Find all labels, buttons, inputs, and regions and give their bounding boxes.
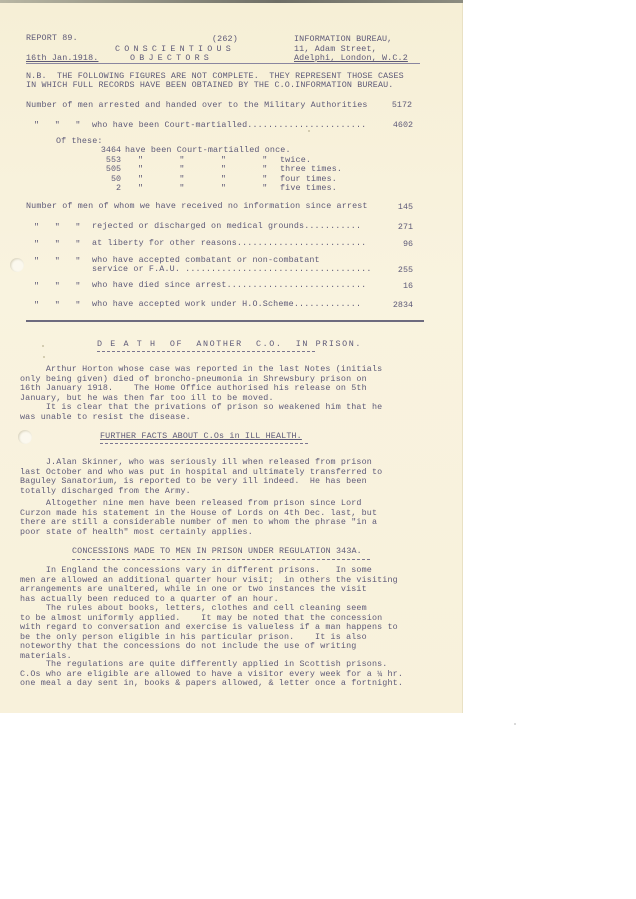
paragraph: It is clear that the privations of priso… — [20, 403, 382, 422]
stat-ditto: " " " — [34, 281, 81, 291]
stat-label: who have died since arrest..............… — [92, 281, 366, 290]
breakdown-text: three times. — [280, 164, 342, 174]
breakdown-ditto: " " " " — [138, 183, 267, 193]
scan-speck — [514, 723, 516, 725]
breakdown-count: 505 — [85, 164, 121, 174]
stat-label: Number of men of whom we have received n… — [26, 202, 368, 211]
report-number: REPORT 89. — [26, 33, 78, 43]
heading-dashes — [72, 559, 370, 561]
paragraph: Altogether nine men have been released f… — [20, 499, 377, 537]
punch-hole — [10, 258, 24, 272]
stat-label: who have accepted combatant or non-comba… — [92, 256, 372, 274]
breakdown-count: 50 — [85, 174, 121, 184]
paper-speck — [42, 345, 44, 347]
breakdown-text: four times. — [280, 174, 337, 184]
breakdown-count: 3464 — [85, 145, 121, 155]
stat-value: 2834 — [373, 300, 413, 310]
stat-court-martialled-label: who have been Court-martialled..........… — [92, 120, 366, 130]
breakdown-count: 2 — [85, 183, 121, 193]
stat-value: 255 — [373, 265, 413, 275]
heading-dashes — [97, 351, 315, 353]
paper-speck — [308, 130, 310, 132]
section-heading-concessions: CONCESSIONS MADE TO MEN IN PRISON UNDER … — [72, 546, 362, 556]
stat-label: who have accepted work under H.O.Scheme.… — [92, 300, 361, 309]
section-heading-death: D E A T H OF ANOTHER C.O. IN PRISON. — [97, 339, 362, 349]
stat-ditto: " " " — [34, 300, 81, 310]
stat-value: 145 — [373, 202, 413, 212]
note-line-2: IN WHICH FULL RECORDS HAVE BEEN OBTAINED… — [26, 80, 393, 90]
stat-value: 16 — [373, 281, 413, 291]
stat-ditto: " " " — [34, 256, 81, 266]
report-date: 16th Jan.1918. — [26, 53, 98, 63]
punch-hole — [18, 430, 32, 444]
address-line-1: INFORMATION BUREAU, — [294, 34, 392, 44]
stat-value: 96 — [373, 239, 413, 249]
breakdown-text: five times. — [280, 183, 337, 193]
stat-arrested-label: Number of men arrested and handed over t… — [26, 100, 368, 110]
paragraph: The regulations are quite differently ap… — [20, 660, 403, 689]
header-underline — [26, 63, 420, 64]
address-line-3: Adelphi, London, W.C.2 — [294, 53, 408, 63]
stat-arrested-value: 5172 — [372, 100, 412, 110]
heading-dashes — [100, 443, 308, 445]
document-page: REPORT 89. 16th Jan.1918. (262) CONSCIEN… — [0, 0, 463, 713]
breakdown-ditto: " " " " — [138, 164, 267, 174]
paragraph: J.Alan Skinner, who was seriously ill wh… — [20, 458, 382, 496]
page-top-edge — [0, 0, 463, 3]
paper-speck — [43, 356, 45, 358]
paragraph: In England the concessions vary in diffe… — [20, 566, 398, 604]
paragraph: Arthur Horton whose case was reported in… — [20, 365, 382, 403]
stat-court-martialled-value: 4602 — [373, 120, 413, 130]
breakdown-text: twice. — [280, 155, 311, 165]
paragraph: The rules about books, letters, clothes … — [20, 604, 398, 662]
section-heading-ill-health: FURTHER FACTS ABOUT C.Os in ILL HEALTH. — [100, 431, 302, 441]
statistics-divider — [26, 320, 424, 322]
title-line-2: OBJECTORS — [130, 53, 213, 63]
breakdown-count: 553 — [85, 155, 121, 165]
breakdown-text: have been Court-martialled once. — [125, 145, 291, 155]
stat-value: 271 — [373, 222, 413, 232]
stat-label: at liberty for other reasons............… — [92, 239, 366, 248]
stat-ditto: " " " — [34, 239, 81, 249]
breakdown-ditto: " " " " — [138, 174, 267, 184]
page-number: (262) — [212, 34, 238, 44]
stat-ditto: " " " — [34, 120, 81, 130]
stat-ditto: " " " — [34, 222, 81, 232]
stat-label: rejected or discharged on medical ground… — [92, 222, 361, 231]
breakdown-ditto: " " " " — [138, 155, 267, 165]
